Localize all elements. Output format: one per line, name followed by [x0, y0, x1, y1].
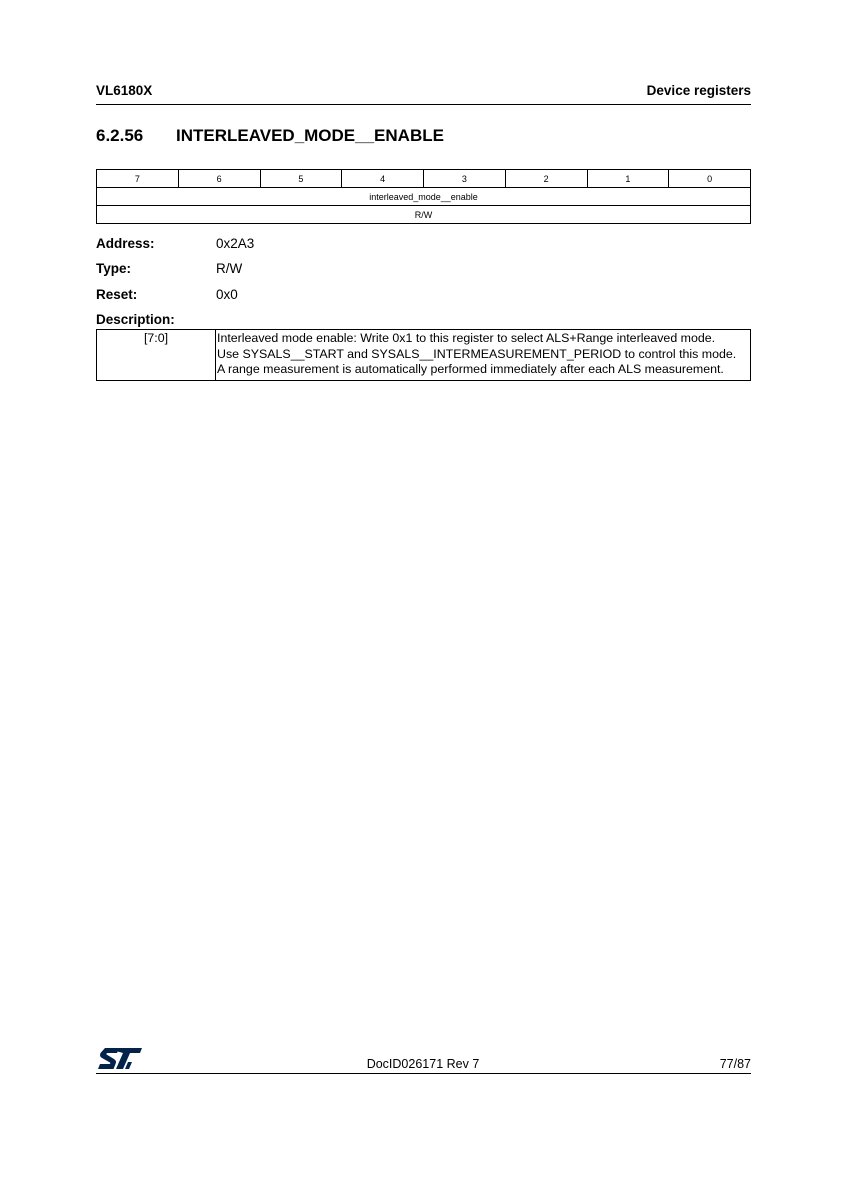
bit-cell: 1 — [587, 170, 669, 188]
bit-range-cell: [7:0] — [97, 330, 216, 381]
bit-cell: 7 — [97, 170, 179, 188]
access-row: R/W — [97, 206, 751, 224]
bit-cell: 6 — [178, 170, 260, 188]
description-line: A range measurement is automatically per… — [217, 362, 750, 378]
section-heading: 6.2.56INTERLEAVED_MODE__ENABLE — [96, 126, 444, 146]
type-value: R/W — [216, 261, 242, 276]
section-number: 6.2.56 — [96, 126, 176, 146]
description-cell: Interleaved mode enable: Write 0x1 to th… — [216, 330, 751, 381]
chapter-name: Device registers — [647, 83, 751, 98]
bit-cell: 5 — [260, 170, 342, 188]
bit-cell: 3 — [424, 170, 506, 188]
bit-cell: 0 — [669, 170, 751, 188]
type-label: Type: — [96, 261, 131, 276]
reset-value: 0x0 — [216, 287, 238, 302]
field-name-row: interleaved_mode__enable — [97, 188, 751, 206]
footer-rule — [96, 1073, 751, 1074]
bit-cell: 2 — [505, 170, 587, 188]
address-label: Address: — [96, 236, 155, 251]
table-row: [7:0] Interleaved mode enable: Write 0x1… — [97, 330, 751, 381]
address-value: 0x2A3 — [216, 236, 254, 251]
register-bit-table: 7 6 5 4 3 2 1 0 interleaved_mode__enable… — [96, 169, 751, 224]
bit-cell: 4 — [342, 170, 424, 188]
access-cell: R/W — [97, 206, 751, 224]
description-label: Description: — [96, 312, 175, 327]
header-rule — [96, 104, 751, 105]
page-number: 77/87 — [720, 1057, 751, 1071]
field-name-cell: interleaved_mode__enable — [97, 188, 751, 206]
section-title: INTERLEAVED_MODE__ENABLE — [176, 126, 444, 145]
product-name: VL6180X — [96, 83, 152, 98]
bit-number-row: 7 6 5 4 3 2 1 0 — [97, 170, 751, 188]
description-table: [7:0] Interleaved mode enable: Write 0x1… — [96, 329, 751, 381]
reset-label: Reset: — [96, 287, 137, 302]
description-line: Use SYSALS__START and SYSALS__INTERMEASU… — [217, 347, 750, 363]
description-line: Interleaved mode enable: Write 0x1 to th… — [217, 331, 750, 347]
